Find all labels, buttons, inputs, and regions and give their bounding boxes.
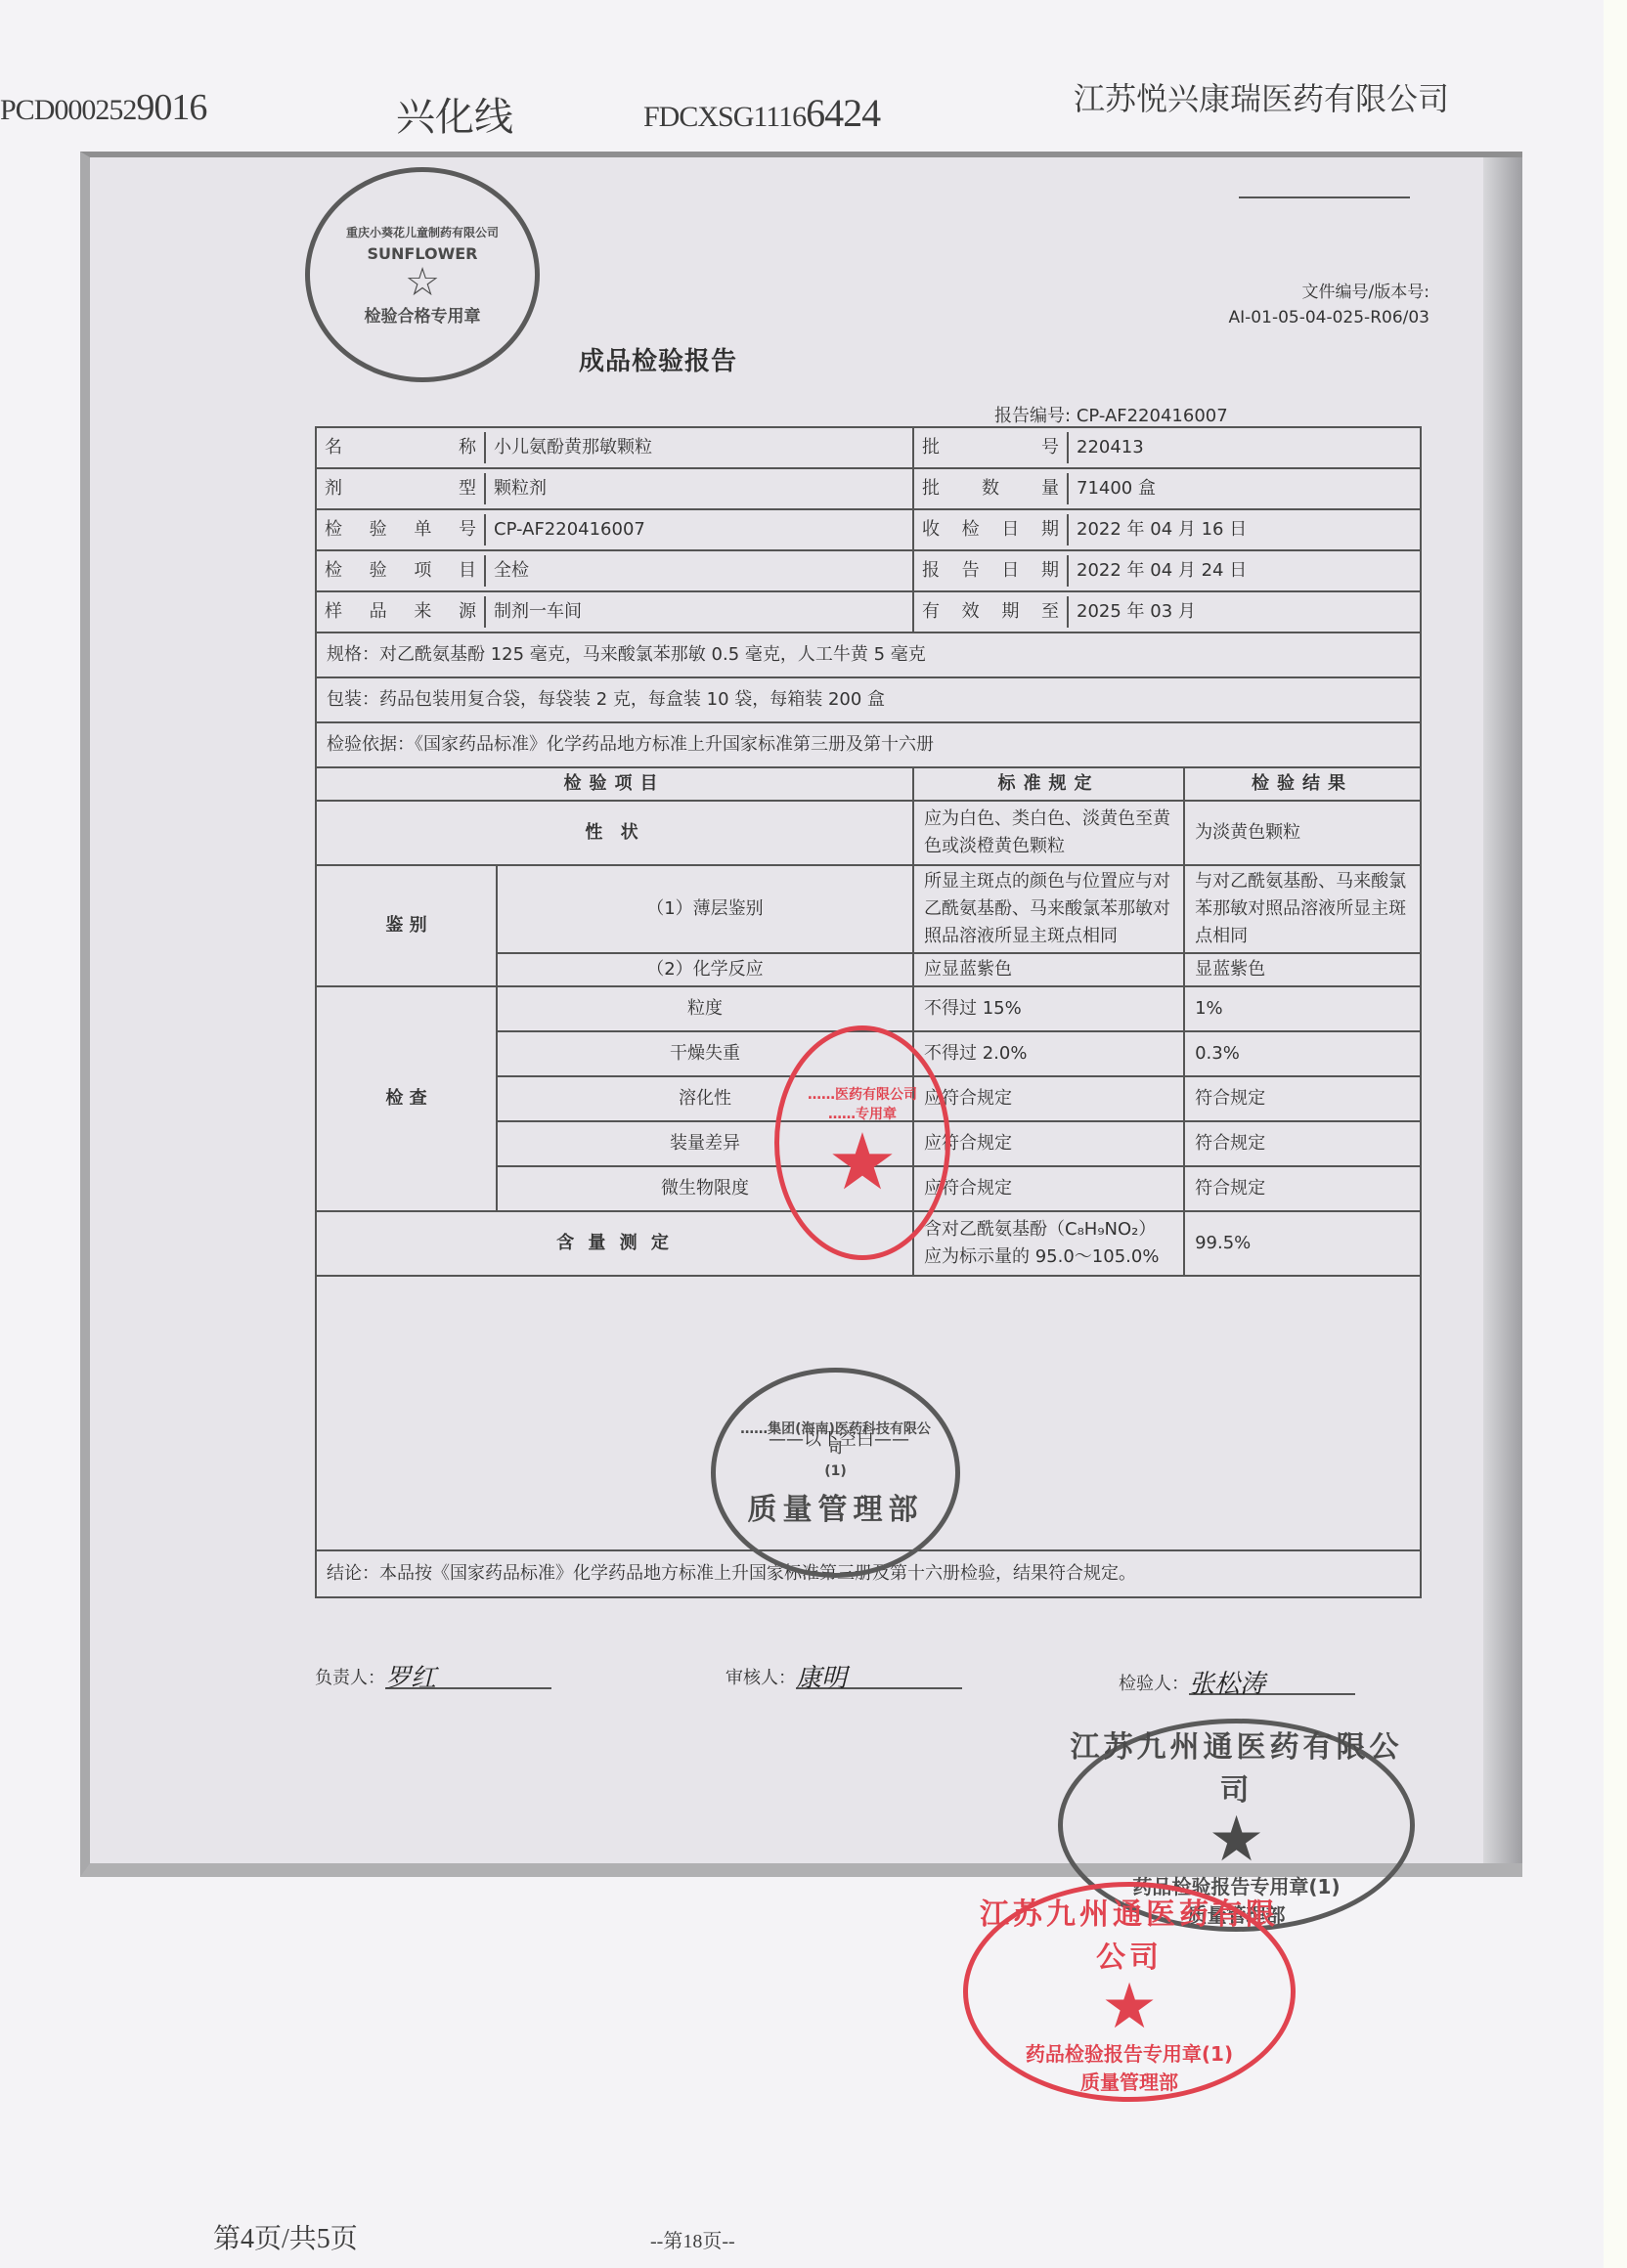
test-row: 性 状 应为白色、类白色、淡黄色至黄色或淡橙黄色颗粒 为淡黄色颗粒 bbox=[316, 801, 1421, 865]
info-value: 2025 年 03 月 bbox=[1069, 596, 1204, 628]
header-item: 检验项目 bbox=[316, 767, 913, 801]
stamp-sub: 质量管理部 bbox=[1080, 2067, 1178, 2095]
scan-shadow bbox=[1483, 157, 1522, 1863]
test-result: 与对乙酰氨基酚、马来酸氯苯那敏对照品溶液所显主斑点相同 bbox=[1184, 865, 1421, 953]
info-label: 批数量 bbox=[914, 473, 1069, 504]
stamp-ring-text: 江苏九州通医药有限公司 bbox=[968, 1890, 1291, 1976]
info-value: 71400 盒 bbox=[1069, 473, 1164, 504]
file-number: 文件编号/版本号: AI-01-05-04-025-R06/03 bbox=[1117, 280, 1429, 330]
info-row: 剂 型颗粒剂 批数量71400 盒 bbox=[316, 468, 1421, 509]
report-number-value: CP-AF220416007 bbox=[1077, 406, 1228, 426]
signature-label: 检验人： bbox=[1119, 1674, 1189, 1694]
test-standard: 应为白色、类白色、淡黄色至黄色或淡橙黄色颗粒 bbox=[913, 801, 1184, 865]
company-name: 江苏悦兴康瑞医药有限公司 bbox=[1074, 74, 1449, 119]
test-standard: 应符合规定 bbox=[913, 1121, 1184, 1166]
info-label: 样品来源 bbox=[317, 596, 486, 628]
info-value: 制剂一车间 bbox=[486, 596, 590, 628]
total-page-indicator: --第18页-- bbox=[650, 2225, 735, 2253]
test-result: 符合规定 bbox=[1184, 1076, 1421, 1121]
stamp-center-red: ……医药有限公司 ……专用章 ★ bbox=[774, 1025, 950, 1260]
info-right: 收检日期2022 年 04 月 16 日 bbox=[913, 509, 1421, 550]
info-value: 颗粒剂 bbox=[486, 473, 554, 504]
test-result: 99.5% bbox=[1184, 1211, 1421, 1276]
info-row: 检验项目全检 报告日期2022 年 04 月 24 日 bbox=[316, 550, 1421, 591]
stamp-ring-text: ……集团(海南)医药科技有限公司 bbox=[738, 1418, 934, 1458]
left-code: PCD0002529016 bbox=[0, 86, 206, 129]
page-indicator: 第4页/共5页 bbox=[213, 2217, 358, 2256]
info-label: 检验项目 bbox=[317, 555, 486, 587]
stamp-top-left: 重庆小葵花儿童制药有限公司 SUNFLOWER ☆ 检验合格专用章 bbox=[305, 167, 540, 382]
header-standard: 标准规定 bbox=[913, 767, 1184, 801]
test-header-row: 检验项目 标准规定 检验结果 bbox=[316, 767, 1421, 801]
report-number: 报告编号: CP-AF220416007 bbox=[994, 402, 1228, 427]
info-value: CP-AF220416007 bbox=[486, 514, 653, 545]
test-standard: 含对乙酰氨基酚（C₈H₉NO₂）应为标示量的 95.0～105.0% bbox=[913, 1211, 1184, 1276]
basis-text: 检验依据：《国家药品标准》化学药品地方标准上升国家标准第三册及第十六册 bbox=[316, 722, 1421, 767]
file-number-label: 文件编号/版本号: bbox=[1117, 280, 1429, 305]
info-value: 2022 年 04 月 16 日 bbox=[1069, 514, 1254, 545]
signature-value: 康明 bbox=[796, 1658, 962, 1689]
star-icon: ★ bbox=[827, 1123, 898, 1201]
stamp-caption: 药品检验报告专用章(1) bbox=[1026, 2038, 1233, 2067]
star-icon: ☆ bbox=[405, 263, 440, 302]
scanned-report: 重庆小葵花儿童制药有限公司 SUNFLOWER ☆ 检验合格专用章 文件编号/版… bbox=[80, 152, 1522, 1877]
signature-value: 罗红 bbox=[385, 1658, 551, 1689]
stamp-ring-text: 江苏九州通医药有限公司 bbox=[1063, 1723, 1410, 1809]
info-right: 批 号220413 bbox=[913, 427, 1421, 468]
signature-inspector: 检验人：张松涛 bbox=[1119, 1664, 1355, 1695]
info-label: 收检日期 bbox=[914, 514, 1069, 545]
spec-row: 规格：对乙酰氨基酚 125 毫克，马来酸氯苯那敏 0.5 毫克，人工牛黄 5 毫… bbox=[316, 632, 1421, 677]
signature-label: 审核人： bbox=[726, 1668, 796, 1688]
info-value: 2022 年 04 月 24 日 bbox=[1069, 555, 1254, 587]
stamp-caption: 质量管理部 bbox=[748, 1485, 924, 1528]
right-code-prefix: FDCXSG1116 bbox=[643, 101, 806, 133]
info-value: 小儿氨酚黄那敏颗粒 bbox=[486, 432, 912, 463]
info-right: 有效期至2025 年 03 月 bbox=[913, 591, 1421, 632]
info-label: 报告日期 bbox=[914, 555, 1069, 587]
test-result: 1% bbox=[1184, 986, 1421, 1031]
test-row: 鉴 别 （1）薄层鉴别 所显主斑点的颜色与位置应与对乙酰氨基酚、马来酸氯苯那敏对… bbox=[316, 865, 1421, 953]
test-item: （1）薄层鉴别 bbox=[497, 865, 913, 953]
info-right: 批数量71400 盒 bbox=[913, 468, 1421, 509]
info-row: 名 称小儿氨酚黄那敏颗粒 批 号220413 bbox=[316, 427, 1421, 468]
test-item: 粒度 bbox=[497, 986, 913, 1031]
test-standard: 所显主斑点的颜色与位置应与对乙酰氨基酚、马来酸氯苯那敏对照品溶液所显主斑点相同 bbox=[913, 865, 1184, 953]
report-number-label: 报告编号: bbox=[994, 406, 1071, 426]
stamp-caption: 检验合格专用章 bbox=[365, 302, 481, 327]
stamp-ring-text: 重庆小葵花儿童制药有限公司 bbox=[339, 224, 506, 240]
line-name: 兴化线 bbox=[396, 86, 513, 142]
header-result: 检验结果 bbox=[1184, 767, 1421, 801]
test-standard: 应符合规定 bbox=[913, 1166, 1184, 1211]
info-row: 检验单号CP-AF220416007 收检日期2022 年 04 月 16 日 bbox=[316, 509, 1421, 550]
info-left: 剂 型颗粒剂 bbox=[316, 468, 913, 509]
info-row: 样品来源制剂一车间 有效期至2025 年 03 月 bbox=[316, 591, 1421, 632]
test-result: 符合规定 bbox=[1184, 1166, 1421, 1211]
info-label: 检验单号 bbox=[317, 514, 486, 545]
test-group: 鉴 别 bbox=[316, 865, 497, 986]
test-result: 为淡黄色颗粒 bbox=[1184, 801, 1421, 865]
test-item: （2）化学反应 bbox=[497, 953, 913, 986]
star-icon: ★ bbox=[1209, 1809, 1264, 1871]
file-number-value: AI-01-05-04-025-R06/03 bbox=[1117, 305, 1429, 330]
test-result: 0.3% bbox=[1184, 1031, 1421, 1076]
info-value: 全检 bbox=[486, 555, 537, 587]
info-label: 名 称 bbox=[317, 432, 486, 463]
package-text: 包装：药品包装用复合袋，每袋装 2 克，每盒装 10 袋，每箱装 200 盒 bbox=[316, 677, 1421, 722]
test-standard: 不得过 2.0% bbox=[913, 1031, 1184, 1076]
signature-reviewer: 审核人：康明 bbox=[726, 1658, 962, 1689]
test-standard: 不得过 15% bbox=[913, 986, 1184, 1031]
right-code-suffix: 6424 bbox=[806, 91, 880, 135]
test-result: 符合规定 bbox=[1184, 1121, 1421, 1166]
stamp-bottom-red: 江苏九州通医药有限公司 ★ 药品检验报告专用章(1) 质量管理部 bbox=[963, 1882, 1296, 2102]
left-code-suffix: 9016 bbox=[136, 87, 206, 128]
star-icon: ★ bbox=[1101, 1976, 1157, 2038]
info-left: 检验单号CP-AF220416007 bbox=[316, 509, 913, 550]
info-label: 剂 型 bbox=[317, 473, 486, 504]
signature-value: 张松涛 bbox=[1189, 1664, 1355, 1695]
package-row: 包装：药品包装用复合袋，每袋装 2 克，每盒装 10 袋，每箱装 200 盒 bbox=[316, 677, 1421, 722]
signature-label: 负责人： bbox=[315, 1668, 385, 1688]
page-edge bbox=[1604, 0, 1627, 2268]
right-code: FDCXSG11166424 bbox=[643, 90, 880, 136]
test-row: 检 查 粒度 不得过 15% 1% bbox=[316, 986, 1421, 1031]
basis-row: 检验依据：《国家药品标准》化学药品地方标准上升国家标准第三册及第十六册 bbox=[316, 722, 1421, 767]
info-label: 有效期至 bbox=[914, 596, 1069, 628]
left-code-prefix: PCD000252 bbox=[0, 94, 136, 126]
info-left: 名 称小儿氨酚黄那敏颗粒 bbox=[316, 427, 913, 468]
test-standard: 应显蓝紫色 bbox=[913, 953, 1184, 986]
divider bbox=[1239, 196, 1410, 198]
signature-responsible: 负责人：罗红 bbox=[315, 1658, 551, 1689]
test-group: 检 查 bbox=[316, 986, 497, 1211]
report-title: 成品检验报告 bbox=[579, 341, 737, 377]
test-result: 显蓝紫色 bbox=[1184, 953, 1421, 986]
stamp-sub: (1) bbox=[824, 1463, 847, 1479]
info-right: 报告日期2022 年 04 月 24 日 bbox=[913, 550, 1421, 591]
test-item: 性 状 bbox=[316, 801, 913, 865]
info-left: 检验项目全检 bbox=[316, 550, 913, 591]
spec-text: 规格：对乙酰氨基酚 125 毫克，马来酸氯苯那敏 0.5 毫克，人工牛黄 5 毫… bbox=[316, 632, 1421, 677]
info-left: 样品来源制剂一车间 bbox=[316, 591, 913, 632]
info-value: 220413 bbox=[1069, 432, 1152, 463]
info-label: 批 号 bbox=[914, 432, 1069, 463]
stamp-quality-dept: ……集团(海南)医药科技有限公司 (1) 质量管理部 bbox=[711, 1368, 960, 1578]
test-standard: 应符合规定 bbox=[913, 1076, 1184, 1121]
